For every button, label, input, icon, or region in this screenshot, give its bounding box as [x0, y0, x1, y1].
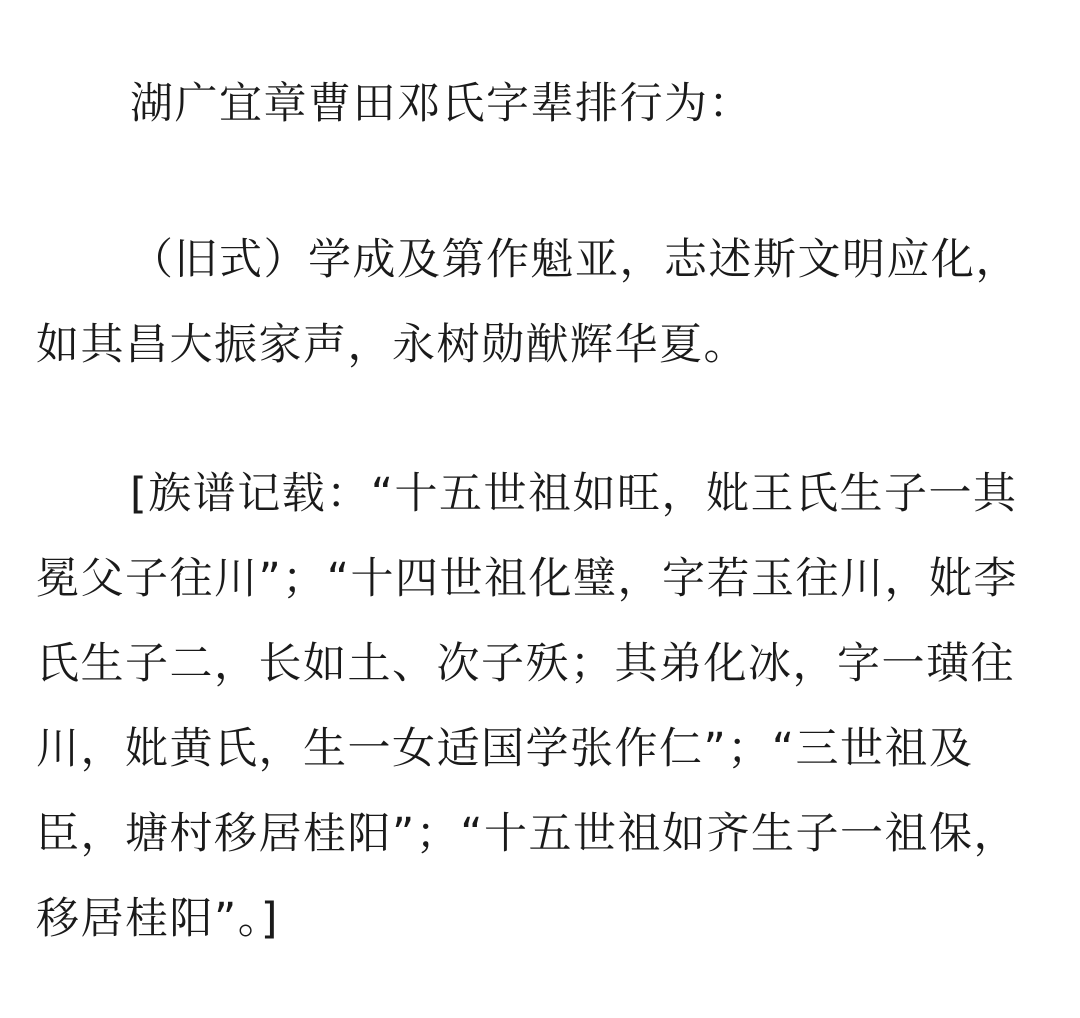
generation-names-paragraph: （旧式）学成及第作魁亚，志述斯文明应化，如其昌大振家声，永树勋猷辉华夏。 — [36, 218, 1036, 388]
title-paragraph: 湖广宜章曹田邓氏字辈排行为： — [36, 62, 1036, 147]
document-body: 湖广宜章曹田邓氏字辈排行为： （旧式）学成及第作魁亚，志述斯文明应化，如其昌大振… — [36, 62, 1036, 962]
genealogy-record-paragraph: [族谱记载：“十五世祖如旺，妣王氏生子一其冕父子往川”；“十四世祖化璧，字若玉往… — [36, 452, 1036, 962]
